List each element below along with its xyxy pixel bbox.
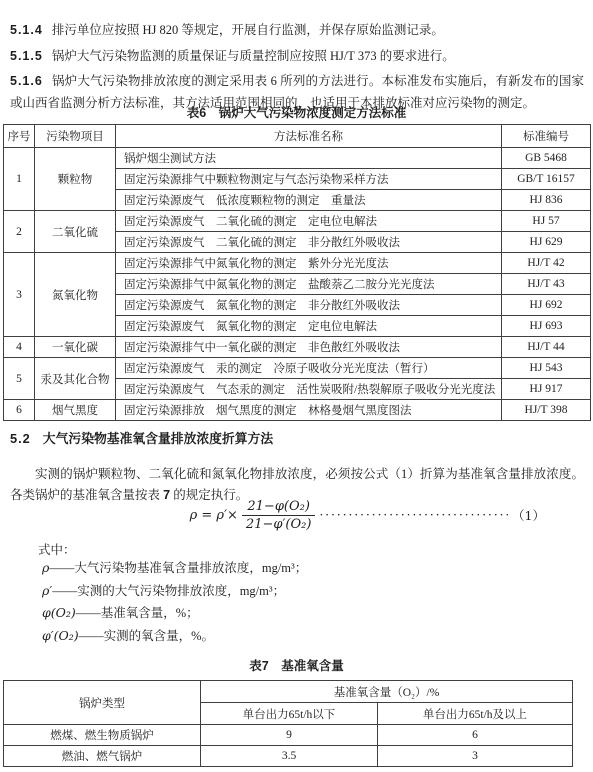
table-row: 1 颗粒物 锅炉烟尘测试方法 GB 5468 [4,148,591,169]
formula-lhs: ρ = ρ′× [190,508,238,523]
definition-text: ——大气污染物基准氧含量排放浓度，mg/m³； [49,561,307,575]
table7-cell-above: 3 [378,746,573,767]
formula-1: ρ = ρ′× 21−φ(O₂) 21−φ′(O₂) ·············… [10,494,593,536]
table6-cell-method: 固定污染源排气中氮氧化物的测定 盐酸萘乙二胺分光光度法 [116,274,502,295]
table-row: 4 一氧化碳 固定污染源排气中一氧化碳的测定 非色散红外吸收法 HJ/T 44 [4,337,591,358]
document-page: 5.1.4排污单位应按照 HJ 820 等规定，开展自行监测，并保存原始监测记录… [0,0,593,772]
table6-cell-method: 固定污染源废气 二氧化硫的测定 非分散红外吸收法 [116,232,502,253]
table7-header-boiler-type: 锅炉类型 [4,681,201,725]
table6-cell-code: HJ 917 [502,379,591,400]
table6-header-code: 标准编号 [502,125,591,148]
table6-cell-method: 固定污染源废气 低浓度颗粒物的测定 重量法 [116,190,502,211]
section-5-2-heading: 5.2大气污染物基准氧含量排放浓度折算方法 [10,428,273,447]
table6-header-pollutant: 污染物项目 [35,125,116,148]
table6-cell-method: 固定污染源废气 汞的测定 冷原子吸收分光光度法（暂行） [116,358,502,379]
table6-cell-code: HJ 543 [502,358,591,379]
table6-cell-code: HJ/T 42 [502,253,591,274]
definition-line: ρ——大气污染物基准氧含量排放浓度，mg/m³； [42,557,583,580]
table6-cell-method: 固定污染源排气中一氧化碳的测定 非色散红外吸收法 [116,337,502,358]
table6-cell-pollutant: 一氧化碳 [35,337,116,358]
table6-cell-code: HJ/T 398 [502,400,591,421]
table6-cell-code: HJ 57 [502,211,591,232]
formula-numerator: 21−φ(O₂) [242,498,316,516]
table7-subheader-above: 单台出力65t/h及以上 [378,703,573,725]
table6-cell-no: 4 [4,337,35,358]
table6-cell-pollutant: 汞及其化合物 [35,358,116,400]
table6-header-row: 序号 污染物项目 方法标准名称 标准编号 [4,125,591,148]
formula-denominator: 21−φ′(O₂) [242,516,316,533]
definition-text: ——基准氧含量，%； [76,606,199,620]
table6-cell-no: 6 [4,400,35,421]
table6-cell-pollutant: 烟气黑度 [35,400,116,421]
table7-cell-below: 3.5 [201,746,378,767]
symbol: ρ′ [42,583,52,598]
table-row: 3 氮氧化物 固定污染源排气中氮氧化物的测定 紫外分光光度法 HJ/T 42 [4,253,591,274]
table6-cell-method: 固定污染源排气中氮氧化物的测定 紫外分光光度法 [116,253,502,274]
clause-number: 5.1.6 [10,74,43,88]
definition-line: φ′(O₂)——实测的氧含量，%。 [42,625,583,648]
table6-cell-no: 1 [4,148,35,211]
where-label: 式中： [38,540,76,558]
table-row: 燃油、燃气锅炉 3.5 3 [4,746,573,767]
formula-dot-leader: ········································… [319,508,508,522]
table6-cell-no: 2 [4,211,35,253]
clause-number: 5.1.4 [10,23,43,37]
table6-cell-method: 固定污染源废气 氮氧化物的测定 定电位电解法 [116,316,502,337]
table6-cell-no: 5 [4,358,35,400]
table6-cell-method: 固定污染源废气 氮氧化物的测定 非分散红外吸收法 [116,295,502,316]
table6-header-no: 序号 [4,125,35,148]
table6-cell-pollutant: 颗粒物 [35,148,116,211]
definition-text: ——实测的氧含量，%。 [79,629,214,643]
symbol: φ′(O₂) [42,628,79,643]
table6-cell-code: HJ 836 [502,190,591,211]
table7-cell-type: 燃煤、燃生物质锅炉 [4,725,201,746]
table6-cell-method: 固定污染源废气 气态汞的测定 活性炭吸附/热裂解原子吸收分光光度法 [116,379,502,400]
table7-subheader-below: 单台出力65t/h以下 [201,703,378,725]
table7-baseline-oxygen: 锅炉类型 基准氧含量（O₂）/% 单台出力65t/h以下 单台出力65t/h及以… [3,680,573,767]
table6-cell-method: 固定污染源废气 二氧化硫的测定 定电位电解法 [116,211,502,232]
section-title: 大气污染物基准氧含量排放浓度折算方法 [43,431,273,446]
table6-method-standards: 序号 污染物项目 方法标准名称 标准编号 1 颗粒物 锅炉烟尘测试方法 GB 5… [3,124,591,421]
table6-cell-pollutant: 二氧化硫 [35,211,116,253]
table6-cell-pollutant: 氮氧化物 [35,253,116,337]
table7-cell-type: 燃油、燃气锅炉 [4,746,201,767]
clause-text: 排污单位应按照 HJ 820 等规定，开展自行监测，并保存原始监测记录。 [52,23,444,37]
clause-5-1-4: 5.1.4排污单位应按照 HJ 820 等规定，开展自行监测，并保存原始监测记录… [10,19,584,41]
definition-line: φ(O₂)——基准氧含量，%； [42,602,583,625]
table6-cell-code: HJ/T 43 [502,274,591,295]
table7-header-oxygen-span: 基准氧含量（O₂）/% [201,681,573,703]
table-row: 6 烟气黑度 固定污染源排放 烟气黑度的测定 林格曼烟气黑度图法 HJ/T 39… [4,400,591,421]
clause-5-1-5: 5.1.5锅炉大气污染物监测的质量保证与质量控制应按照 HJ/T 373 的要求… [10,45,584,67]
table7-cell-below: 9 [201,725,378,746]
symbol: φ(O₂) [42,605,76,620]
clause-number: 5.2 [10,431,31,446]
symbol-definitions: ρ——大气污染物基准氧含量排放浓度，mg/m³； ρ′——实测的大气污染物排放浓… [42,557,583,647]
table6-cell-method: 固定污染源排气中颗粒物测定与气态污染物采样方法 [116,169,502,190]
table-row: 5 汞及其化合物 固定污染源废气 汞的测定 冷原子吸收分光光度法（暂行） HJ … [4,358,591,379]
table6-cell-method: 固定污染源排放 烟气黑度的测定 林格曼烟气黑度图法 [116,400,502,421]
clause-number: 5.1.5 [10,49,43,63]
formula-number-label: （1） [512,506,545,524]
table6-cell-method: 锅炉烟尘测试方法 [116,148,502,169]
definition-line: ρ′——实测的大气污染物排放浓度，mg/m³； [42,580,583,603]
table6-cell-no: 3 [4,253,35,337]
formula-fraction: 21−φ(O₂) 21−φ′(O₂) [242,498,316,533]
table6-cell-code: HJ 693 [502,316,591,337]
table6-cell-code: HJ/T 44 [502,337,591,358]
table7-cell-above: 6 [378,725,573,746]
clause-text: 锅炉大气污染物监测的质量保证与质量控制应按照 HJ/T 373 的要求进行。 [52,49,455,63]
table7-header-row-1: 锅炉类型 基准氧含量（O₂）/% [4,681,573,703]
table7-caption: 表7 基准氧含量 [0,656,593,674]
table6-cell-code: HJ 629 [502,232,591,253]
table6-caption: 表6 锅炉大气污染物浓度测定方法标准 [0,103,593,121]
table6-cell-code: GB/T 16157 [502,169,591,190]
table-row: 2 二氧化硫 固定污染源废气 二氧化硫的测定 定电位电解法 HJ 57 [4,211,591,232]
table6-header-method: 方法标准名称 [116,125,502,148]
table6-cell-code: HJ 692 [502,295,591,316]
formula-equation: ρ = ρ′× 21−φ(O₂) 21−φ′(O₂) [190,498,316,533]
definition-text: ——实测的大气污染物排放浓度，mg/m³； [52,584,285,598]
table-row: 燃煤、燃生物质锅炉 9 6 [4,725,573,746]
table6-cell-code: GB 5468 [502,148,591,169]
